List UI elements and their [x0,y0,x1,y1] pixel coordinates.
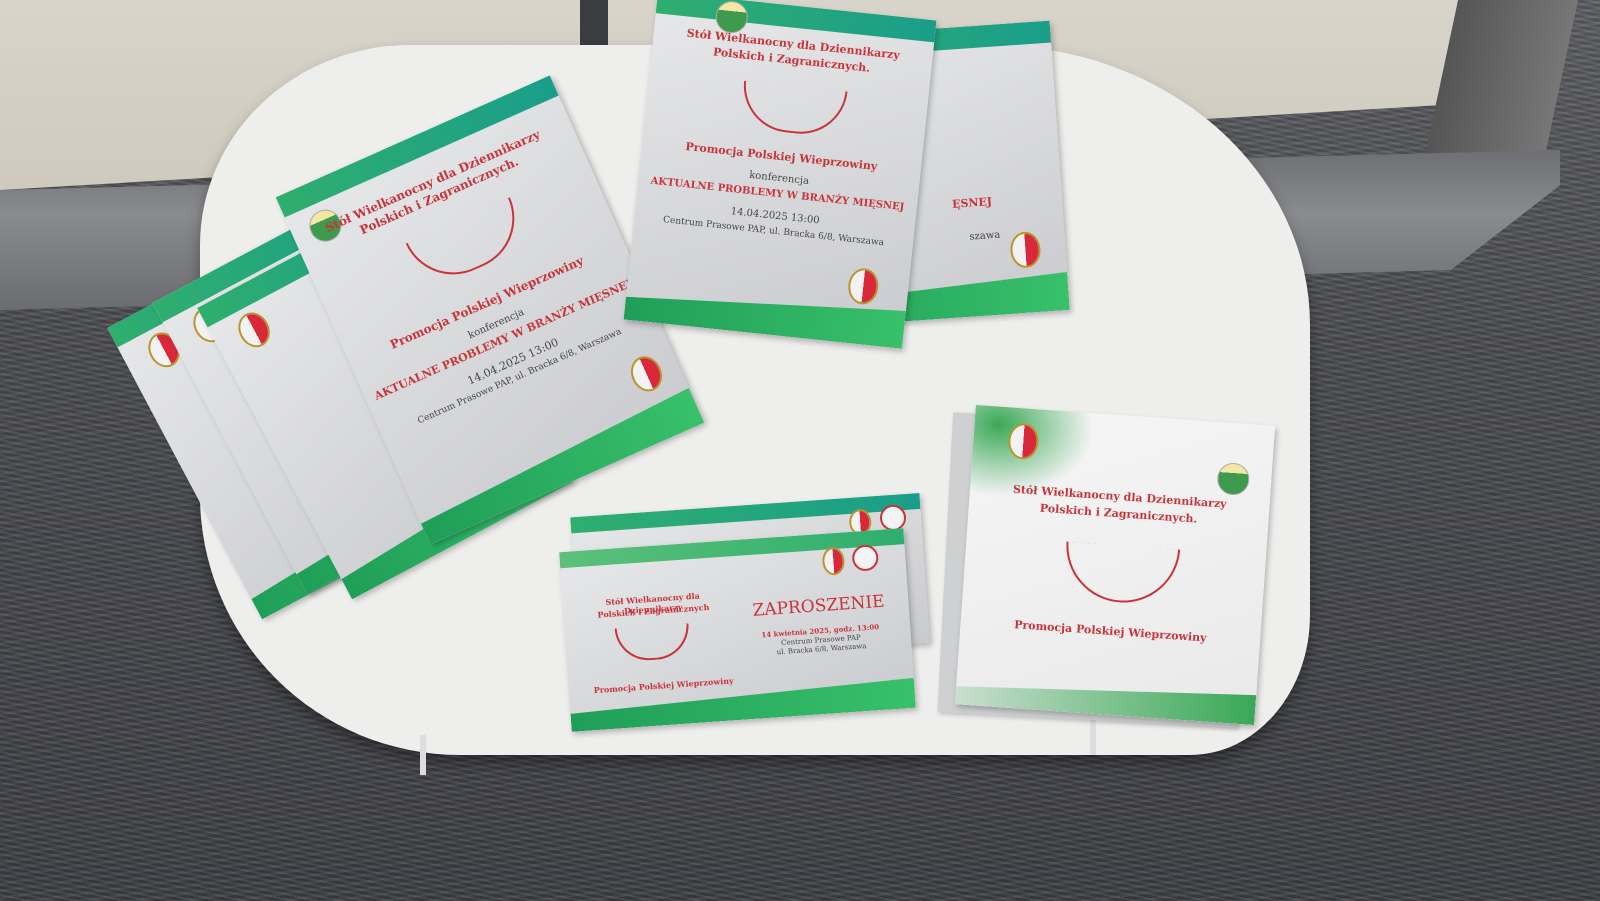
invitation-heading: ZAPROSZENIE [743,591,894,621]
easter-basket-illustration [406,197,531,291]
invitation-card: Stół Wielkanocny dla Dziennikarzy Polski… [559,528,916,732]
easter-basket-illustration [1063,542,1181,607]
table-leg [1090,715,1096,755]
agri-logo-icon [1216,462,1250,496]
emblem-icon [846,267,880,306]
emblem-icon [821,546,845,575]
invitation-program: Promocja Polskiej Wieprzowiny [589,675,739,695]
partner-logo-icon [851,544,879,572]
flyer-conference-top: Stół Wielkanocny dla Dziennikarzy Polski… [624,0,937,349]
card-program: Promocja Polskiej Wieprzowiny [960,614,1260,648]
easter-basket-illustration [739,81,847,139]
easter-basket-illustration [615,623,691,662]
table-leg [420,735,426,775]
emblem-icon [625,351,667,396]
card-promo: Stół Wielkanocny dla Dziennikarzy Polski… [955,405,1275,725]
edge-text: ĘSNEJ [952,190,1063,211]
emblem-icon [232,307,275,353]
